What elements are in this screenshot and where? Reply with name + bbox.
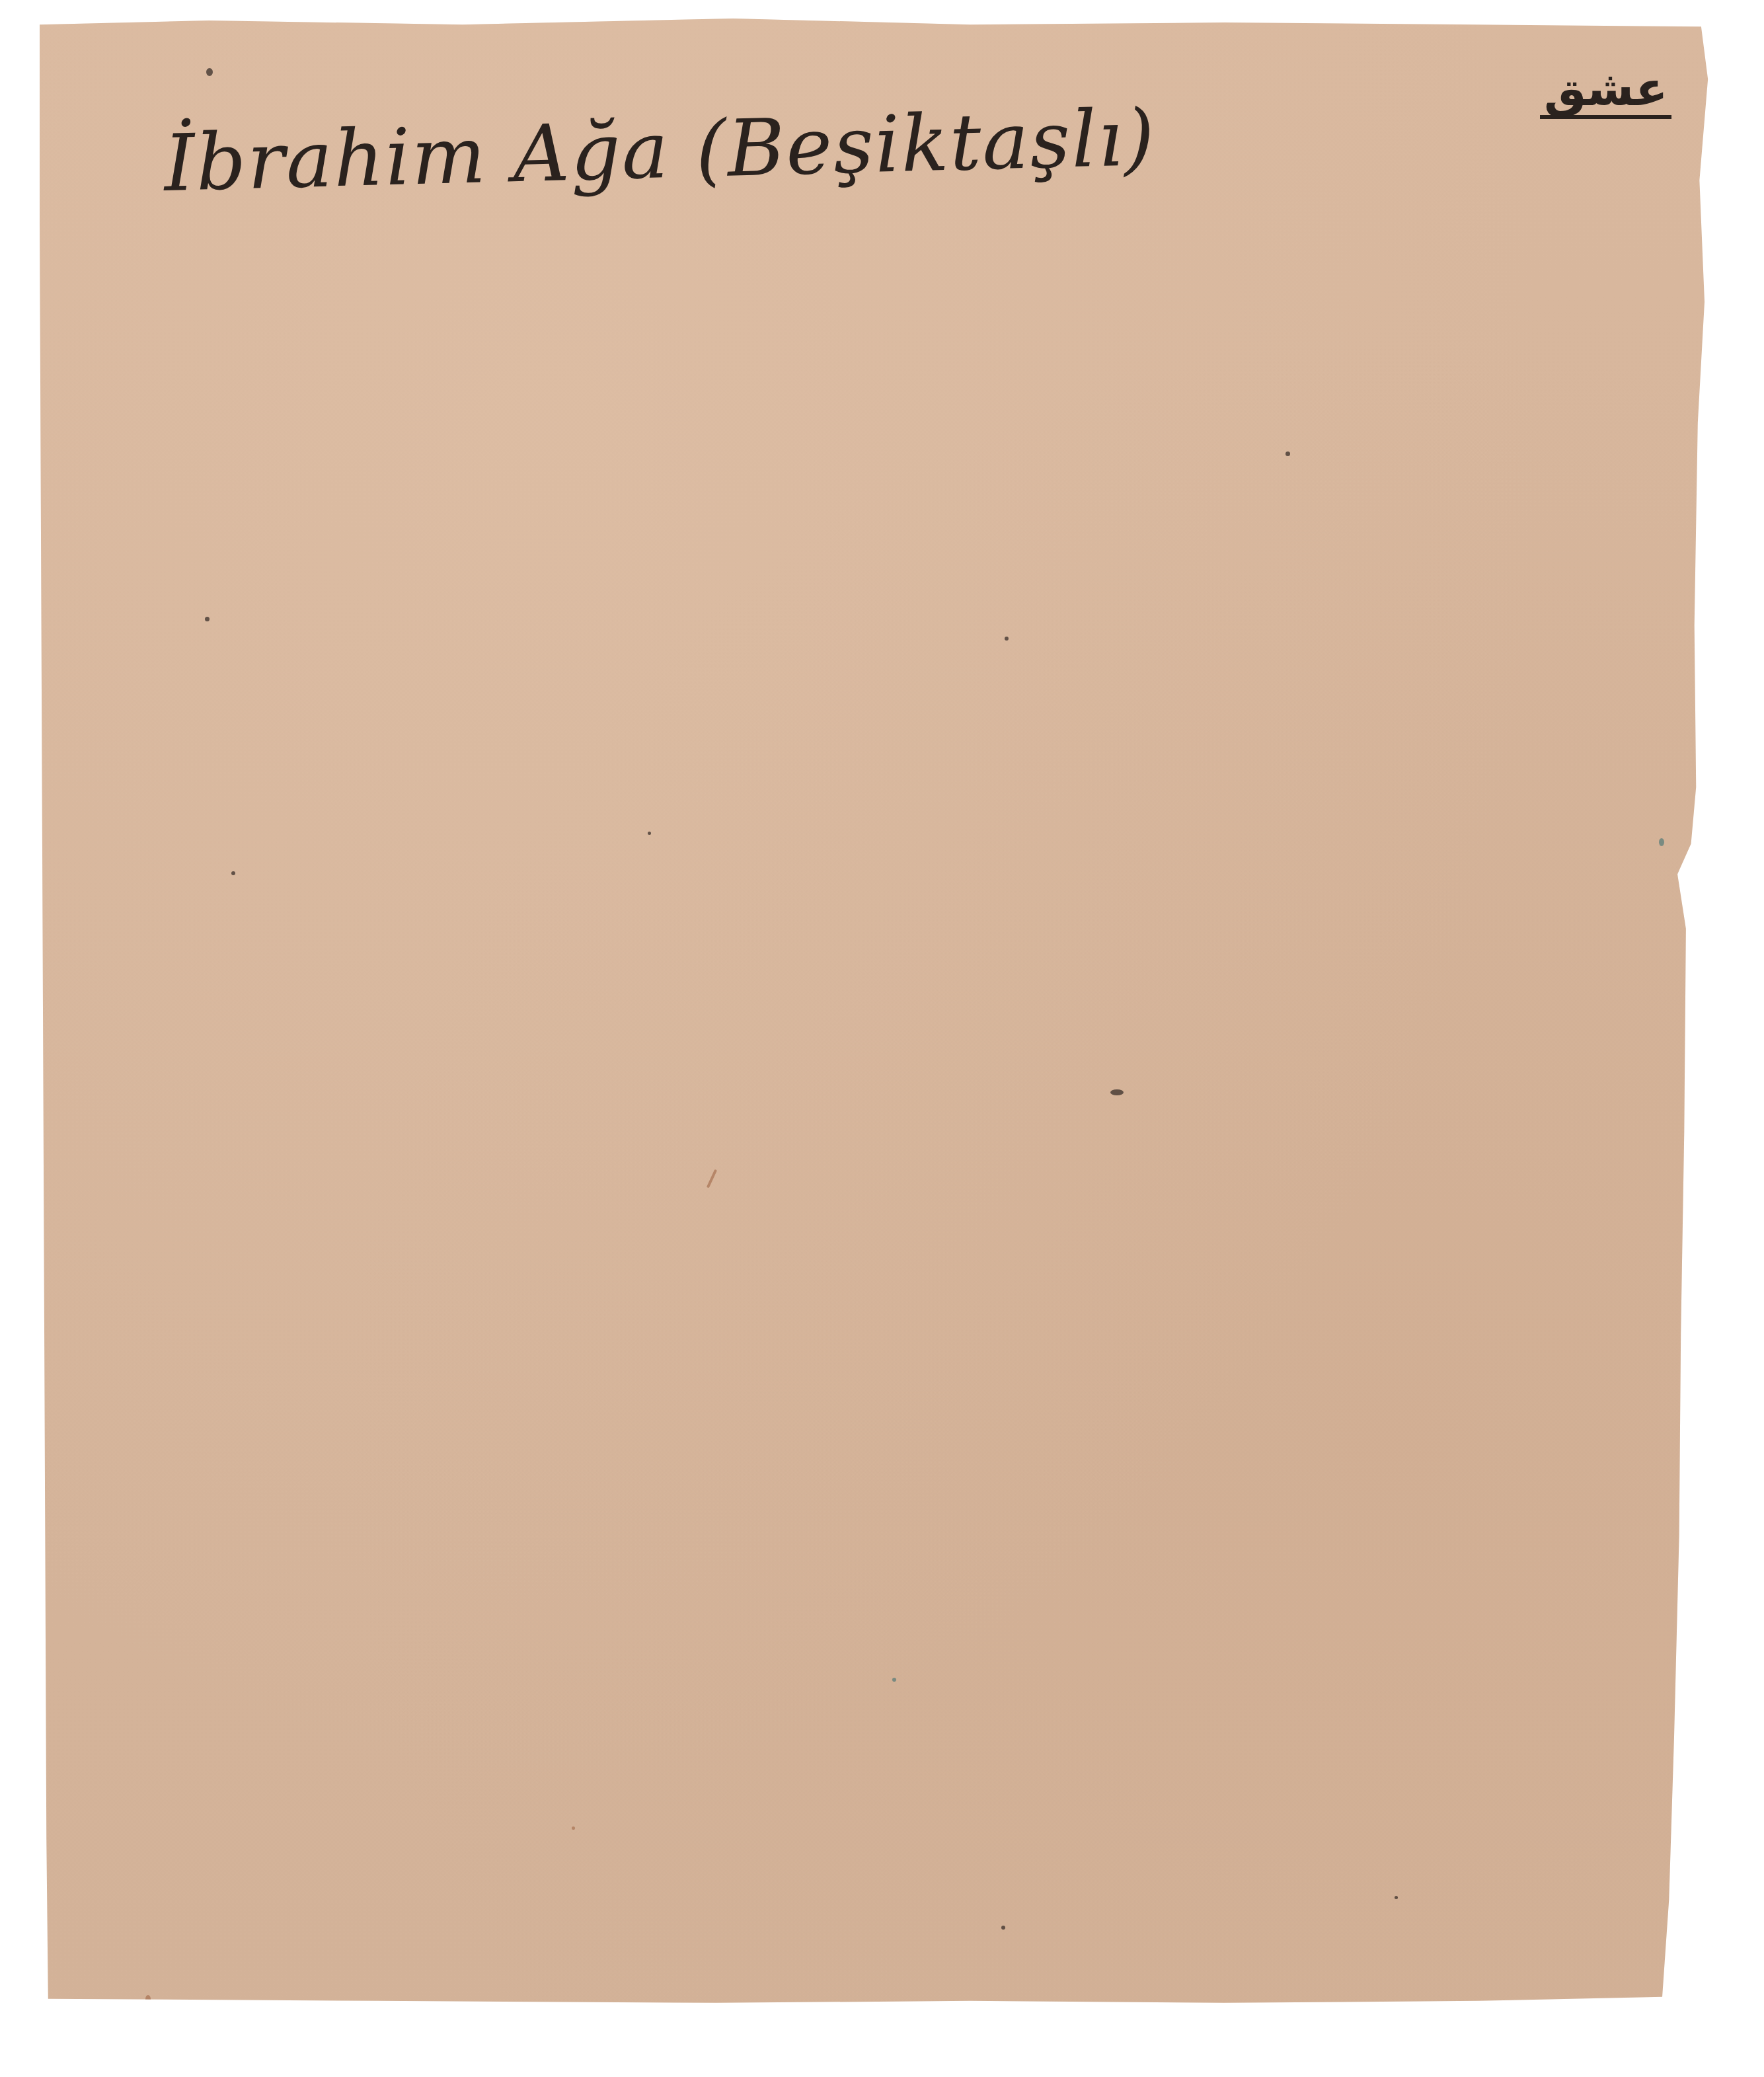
handwritten-heading: İbrahim Ağa (Beşiktaşlı) xyxy=(163,92,1157,209)
ink-speck xyxy=(1285,451,1290,456)
fiber-mark xyxy=(145,1995,151,2003)
ink-speck xyxy=(892,1678,896,1682)
fiber-mark xyxy=(707,1169,717,1189)
ink-speck xyxy=(205,617,210,621)
ink-speck xyxy=(231,871,235,875)
paper-sheet: İbrahim Ağa (Beşiktaşlı) عشق xyxy=(40,19,1732,2041)
ink-speck xyxy=(1110,1089,1124,1095)
ink-speck xyxy=(206,68,213,76)
ink-speck xyxy=(1001,1926,1005,1930)
ink-speck xyxy=(648,832,651,835)
ink-speck xyxy=(1659,838,1664,846)
ottoman-script-note: عشق xyxy=(1540,65,1671,119)
fiber-mark xyxy=(572,1826,575,1830)
ink-speck xyxy=(1395,1896,1398,1899)
ink-speck xyxy=(1005,637,1009,641)
